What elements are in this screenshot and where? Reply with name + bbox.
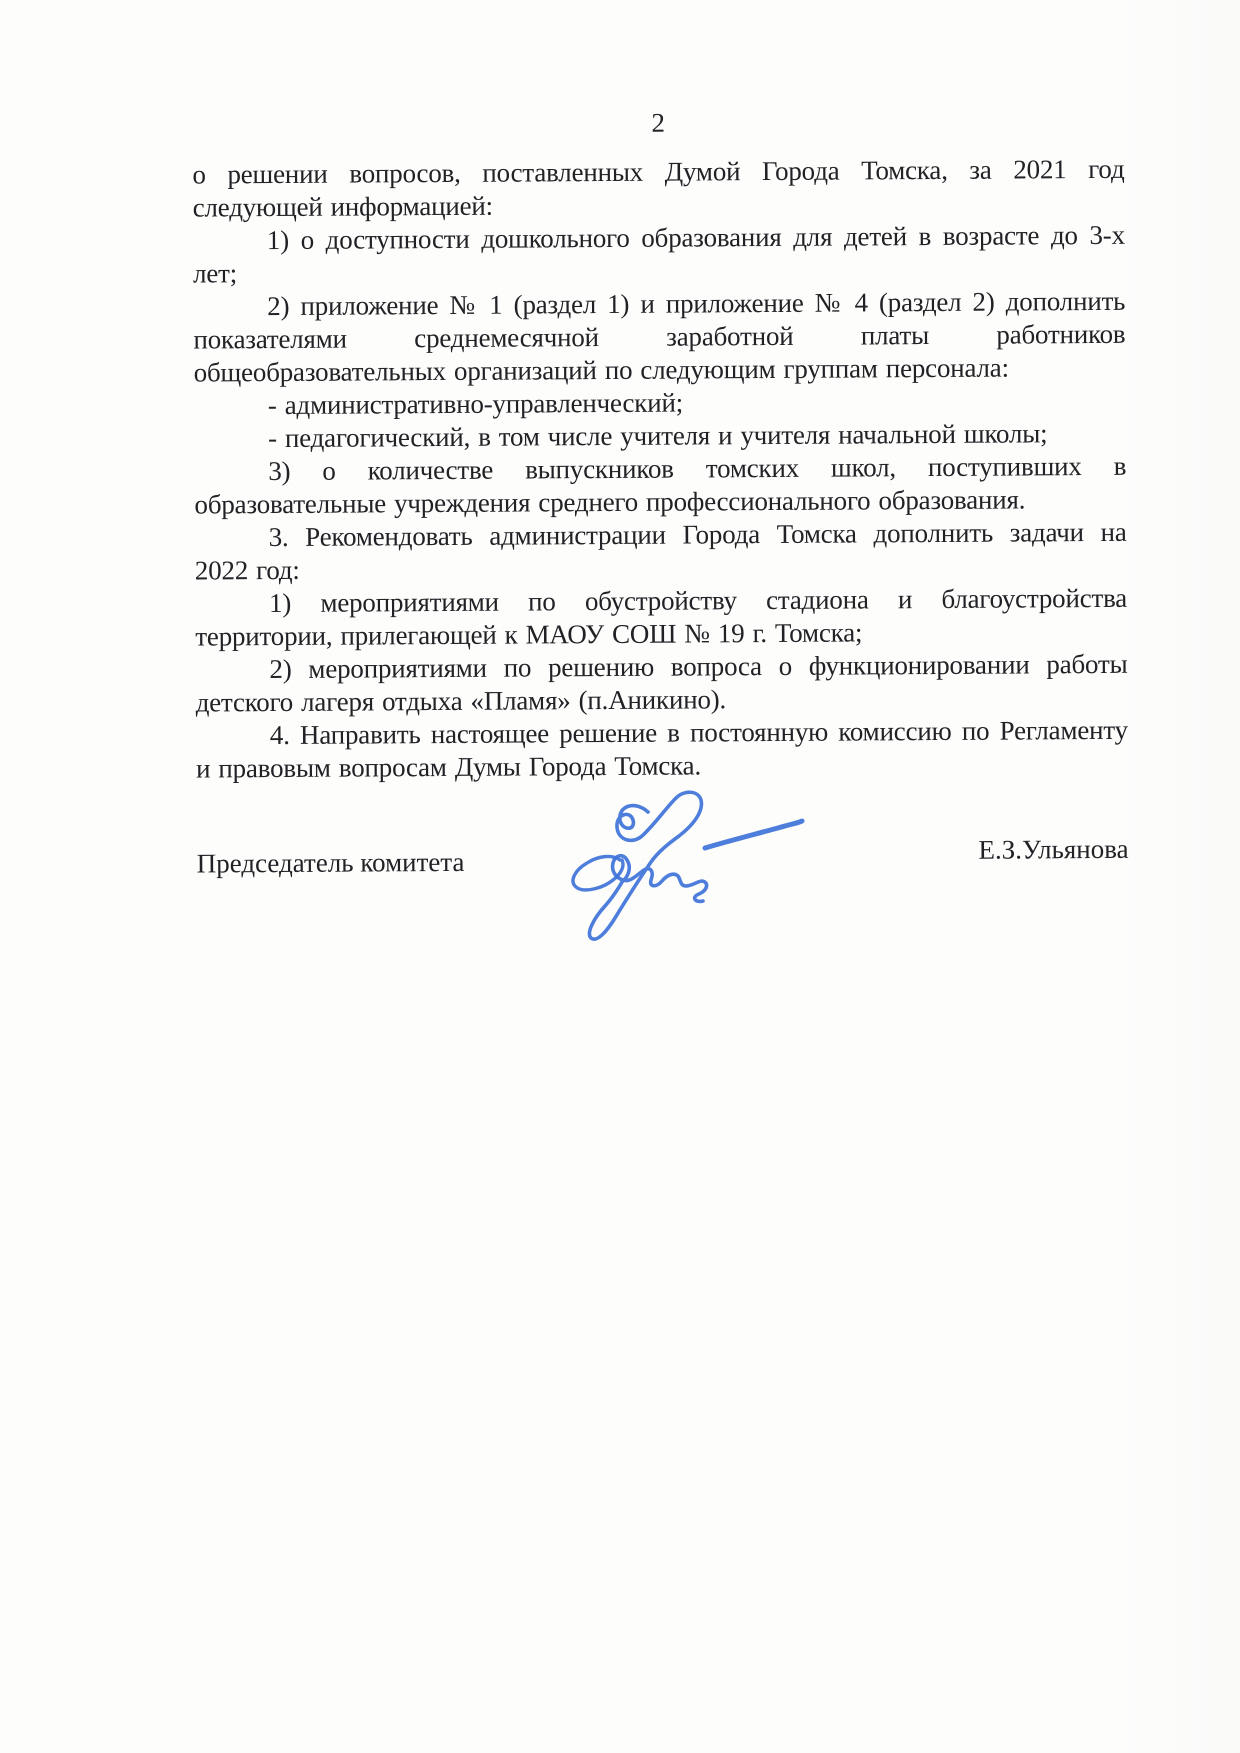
- paragraph-continuation: о решении вопросов, поставленных Думой Г…: [192, 153, 1124, 225]
- clause-3-item-2: 2) мероприятиями по решению вопроса о фу…: [195, 648, 1127, 720]
- page-number: 2: [192, 104, 1124, 143]
- scanned-document-page: 2 о решении вопросов, поставленных Думой…: [0, 0, 1240, 1753]
- page-content: 2 о решении вопросов, поставленных Думой…: [0, 0, 1240, 882]
- list-item-2: 2) приложение № 1 (раздел 1) и приложени…: [193, 285, 1126, 390]
- signatory-name: Е.З.Ульянова: [978, 833, 1128, 867]
- clause-4: 4. Направить настоящее решение в постоян…: [196, 714, 1128, 786]
- signatory-title: Председатель комитета: [197, 846, 465, 881]
- signature-block: Председатель комитета Е.З.Ульянова: [197, 842, 1129, 881]
- clause-3: 3. Рекомендовать администрации Города То…: [195, 516, 1127, 588]
- clause-3-item-1: 1) мероприятиями по обустройству стадион…: [195, 582, 1127, 654]
- list-item-1: 1) о доступности дошкольного образования…: [193, 219, 1125, 291]
- list-item-3: 3) о количестве выпускников томских школ…: [194, 450, 1126, 522]
